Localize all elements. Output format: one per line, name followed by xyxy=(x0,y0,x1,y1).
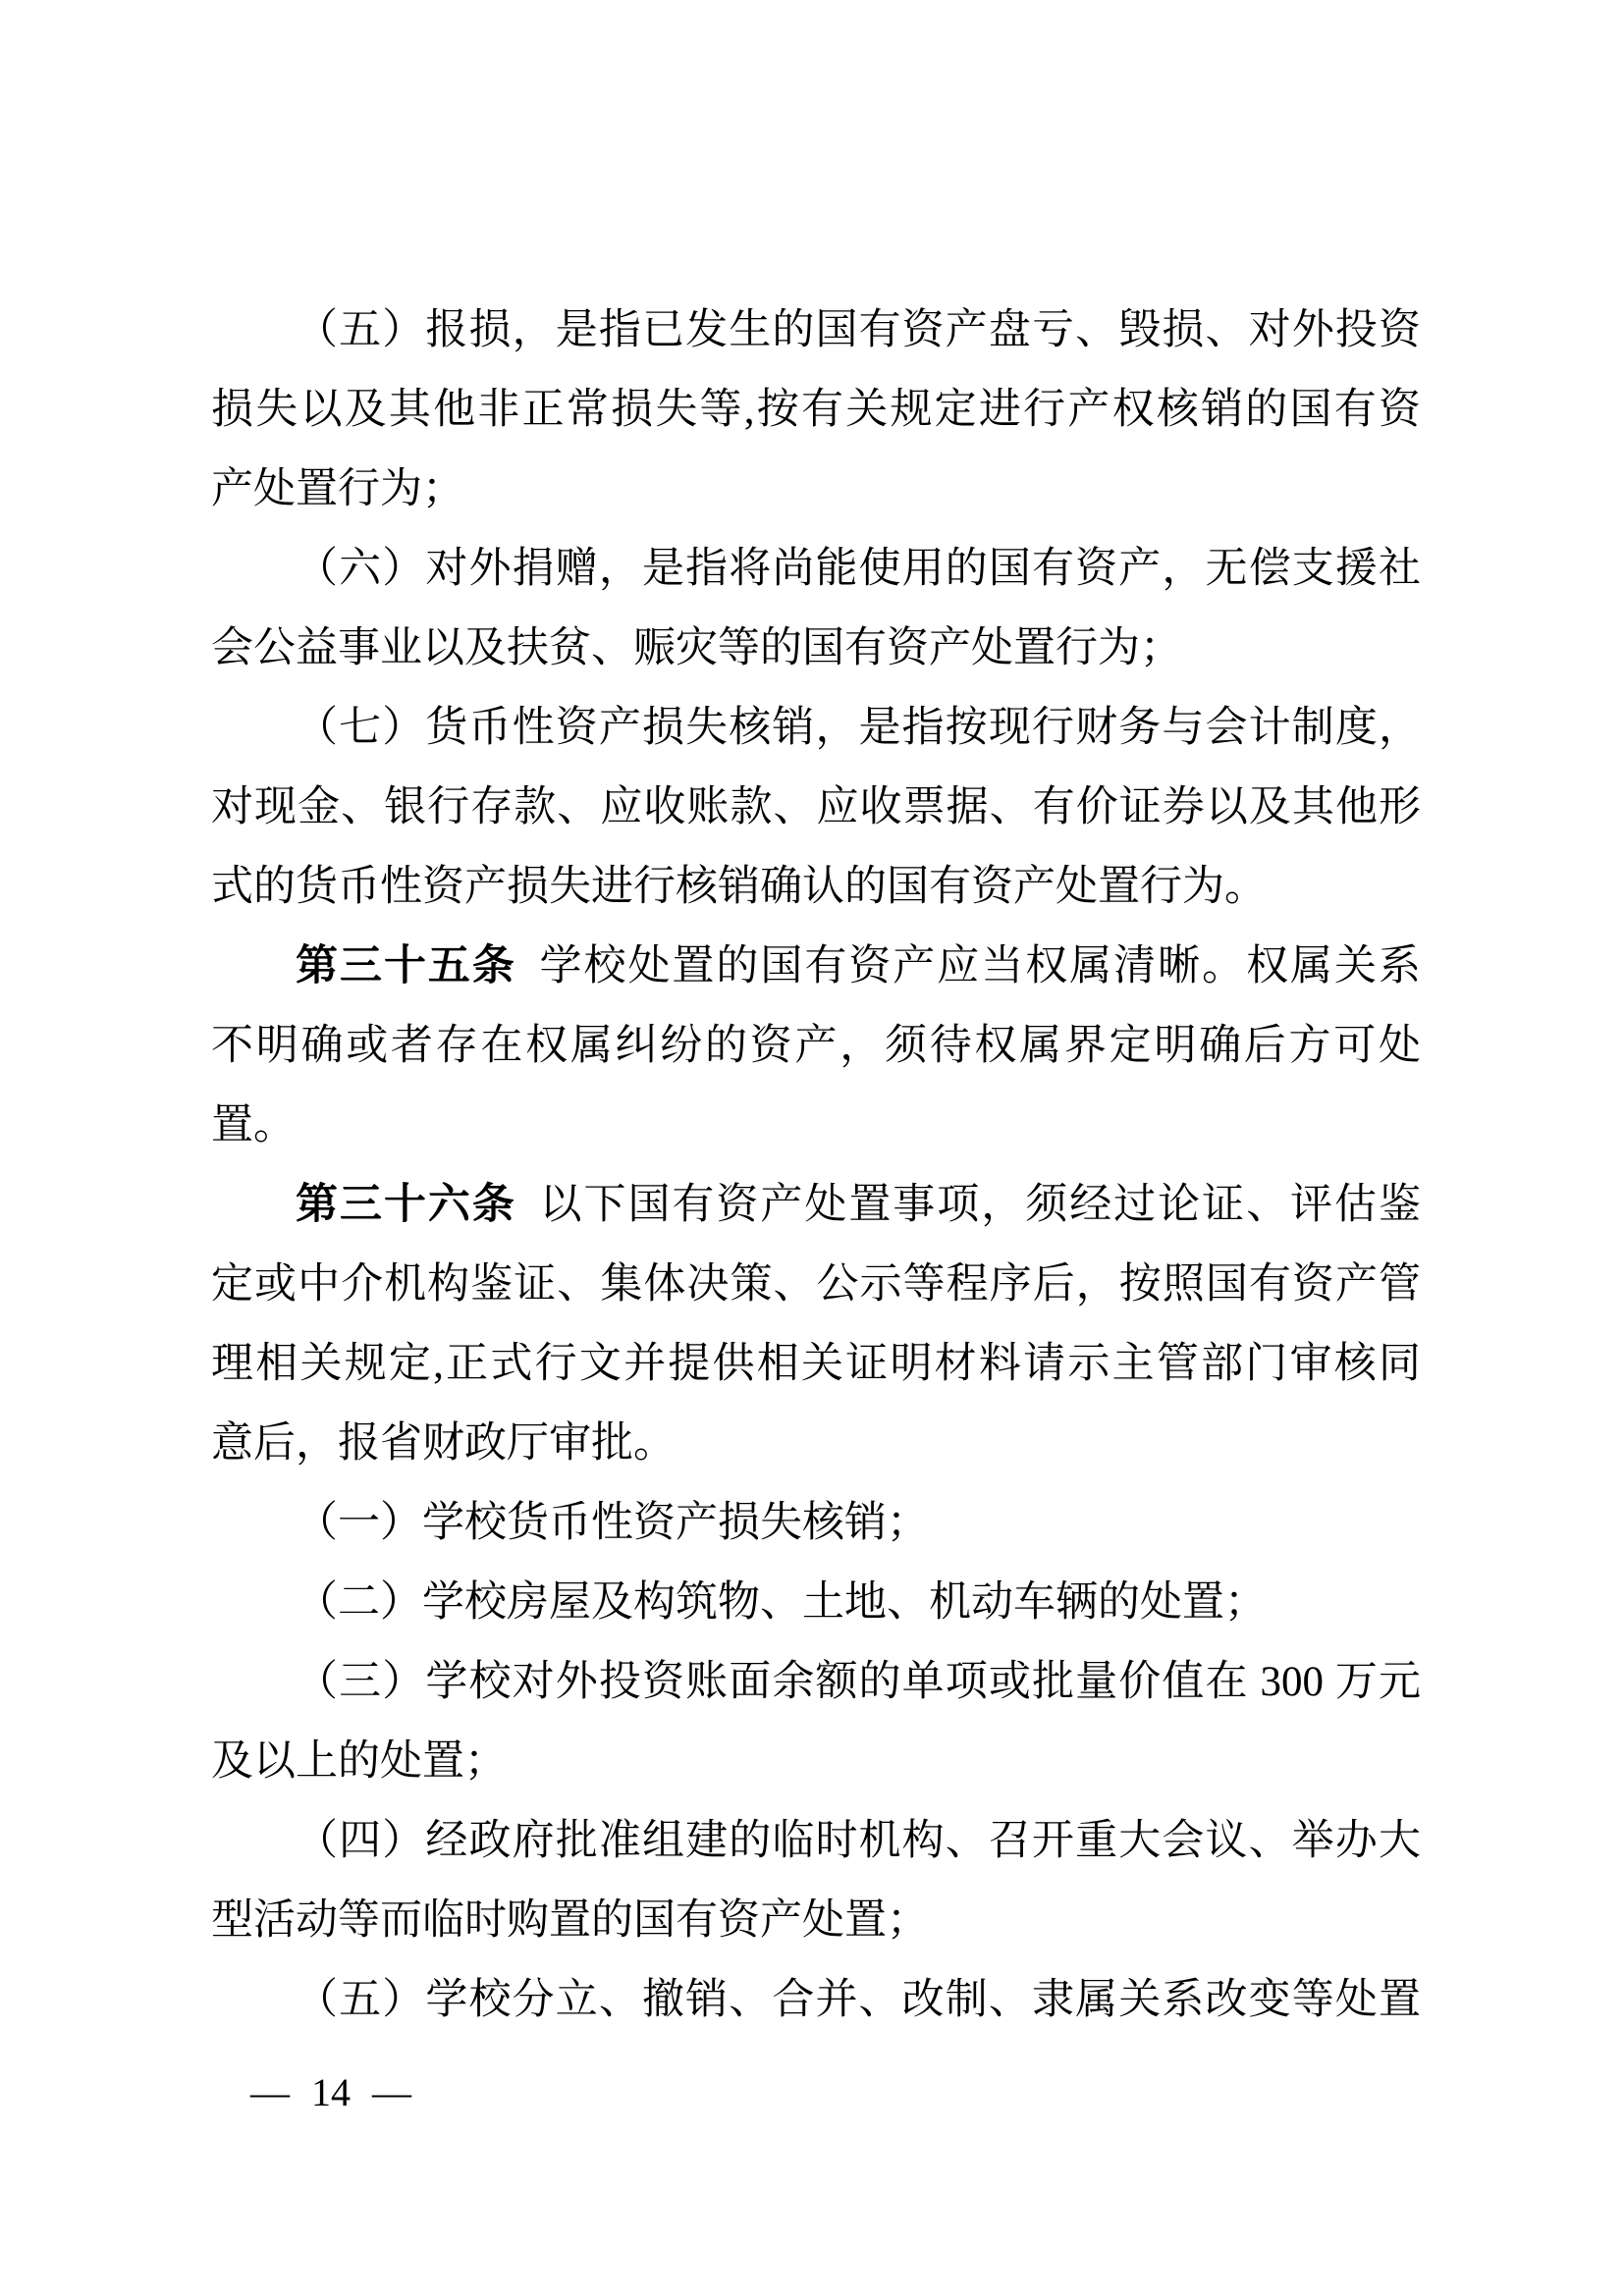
document-body: （五）报损，是指已发生的国有资产盘亏、毁损、对外投资损失以及其他非正常损失等,按… xyxy=(211,291,1421,2040)
line-text: 理相关规定,正式行文并提供相关证明材料请示主管部门审核同 xyxy=(211,1341,1421,1387)
text-line: 第三十五条学校处置的国有资产应当权属清晰。权属关系 xyxy=(211,927,1421,1006)
line-text: 式的货币性资产损失进行核销确认的国有资产处置行为。 xyxy=(211,864,1267,910)
line-text: （二）学校房屋及构筑物、土地、机动车辆的处置； xyxy=(296,1579,1267,1626)
text-line: 第三十六条以下国有资产处置事项，须经过论证、评估鉴 xyxy=(211,1165,1421,1245)
line-text: 学校处置的国有资产应当权属清晰。权属关系 xyxy=(540,943,1421,989)
line-text: （三）学校对外投资账面余额的单项或批量价值在 300 万元 xyxy=(296,1659,1421,1705)
text-line: （五）学校分立、撤销、合并、改制、隶属关系改变等处置 xyxy=(211,1960,1421,2040)
line-text: 以下国有资产处置事项，须经过论证、评估鉴 xyxy=(540,1182,1421,1228)
text-line: （六）对外捐赠，是指将尚能使用的国有资产，无偿支援社 xyxy=(211,529,1421,609)
line-text: 及以上的处置； xyxy=(211,1738,507,1785)
line-text: 会公益事业以及扶贫、赈灾等的国有资产处置行为； xyxy=(211,625,1182,671)
text-line: 置。 xyxy=(211,1086,1421,1165)
document-page: （五）报损，是指已发生的国有资产盘亏、毁损、对外投资损失以及其他非正常损失等,按… xyxy=(0,0,1624,2296)
text-line: 及以上的处置； xyxy=(211,1722,1421,1801)
line-text: 损失以及其他非正常损失等,按有关规定进行产权核销的国有资 xyxy=(211,387,1421,433)
line-text: 产处置行为； xyxy=(211,466,464,512)
page-number: — 14 — xyxy=(250,2065,411,2120)
text-line: （七）货币性资产损失核销，是指按现行财务与会计制度， xyxy=(211,688,1421,768)
line-text: 意后，报省财政厅审批。 xyxy=(211,1420,676,1467)
text-line: （一）学校货币性资产损失核销； xyxy=(211,1483,1421,1563)
text-line: 型活动等而临时购置的国有资产处置； xyxy=(211,1881,1421,1960)
text-line: （二）学校房屋及构筑物、土地、机动车辆的处置； xyxy=(211,1563,1421,1642)
text-line: 会公益事业以及扶贫、赈灾等的国有资产处置行为； xyxy=(211,609,1421,688)
text-line: 意后，报省财政厅审批。 xyxy=(211,1404,1421,1483)
text-line: （四）经政府批准组建的临时机构、召开重大会议、举办大 xyxy=(211,1801,1421,1881)
text-line: （三）学校对外投资账面余额的单项或批量价值在 300 万元 xyxy=(211,1642,1421,1722)
text-line: 定或中介机构鉴证、集体决策、公示等程序后，按照国有资产管 xyxy=(211,1245,1421,1324)
line-text: （五）报损，是指已发生的国有资产盘亏、毁损、对外投资 xyxy=(296,307,1421,353)
line-text: （五）学校分立、撤销、合并、改制、隶属关系改变等处置 xyxy=(296,1977,1421,2023)
article-number: 第三十六条 xyxy=(296,1182,516,1228)
text-line: 不明确或者存在权属纠纷的资产，须待权属界定明确后方可处 xyxy=(211,1006,1421,1086)
line-text: 不明确或者存在权属纠纷的资产，须待权属界定明确后方可处 xyxy=(211,1023,1421,1069)
text-line: （五）报损，是指已发生的国有资产盘亏、毁损、对外投资 xyxy=(211,291,1421,370)
line-text: 定或中介机构鉴证、集体决策、公示等程序后，按照国有资产管 xyxy=(211,1261,1421,1308)
line-text: 型活动等而临时购置的国有资产处置； xyxy=(211,1897,929,1944)
text-line: 损失以及其他非正常损失等,按有关规定进行产权核销的国有资 xyxy=(211,370,1421,450)
text-line: 式的货币性资产损失进行核销确认的国有资产处置行为。 xyxy=(211,847,1421,927)
line-text: 对现金、银行存款、应收账款、应收票据、有价证券以及其他形 xyxy=(211,784,1421,830)
text-line: 理相关规定,正式行文并提供相关证明材料请示主管部门审核同 xyxy=(211,1324,1421,1404)
line-text: （一）学校货币性资产损失核销； xyxy=(296,1500,929,1546)
text-line: 产处置行为； xyxy=(211,450,1421,529)
line-text: （六）对外捐赠，是指将尚能使用的国有资产，无偿支援社 xyxy=(296,546,1421,592)
line-text: （七）货币性资产损失核销，是指按现行财务与会计制度， xyxy=(296,705,1421,751)
article-number: 第三十五条 xyxy=(296,943,516,989)
text-line: 对现金、银行存款、应收账款、应收票据、有价证券以及其他形 xyxy=(211,768,1421,847)
line-text: （四）经政府批准组建的临时机构、召开重大会议、举办大 xyxy=(296,1818,1421,1864)
line-text: 置。 xyxy=(211,1102,296,1148)
